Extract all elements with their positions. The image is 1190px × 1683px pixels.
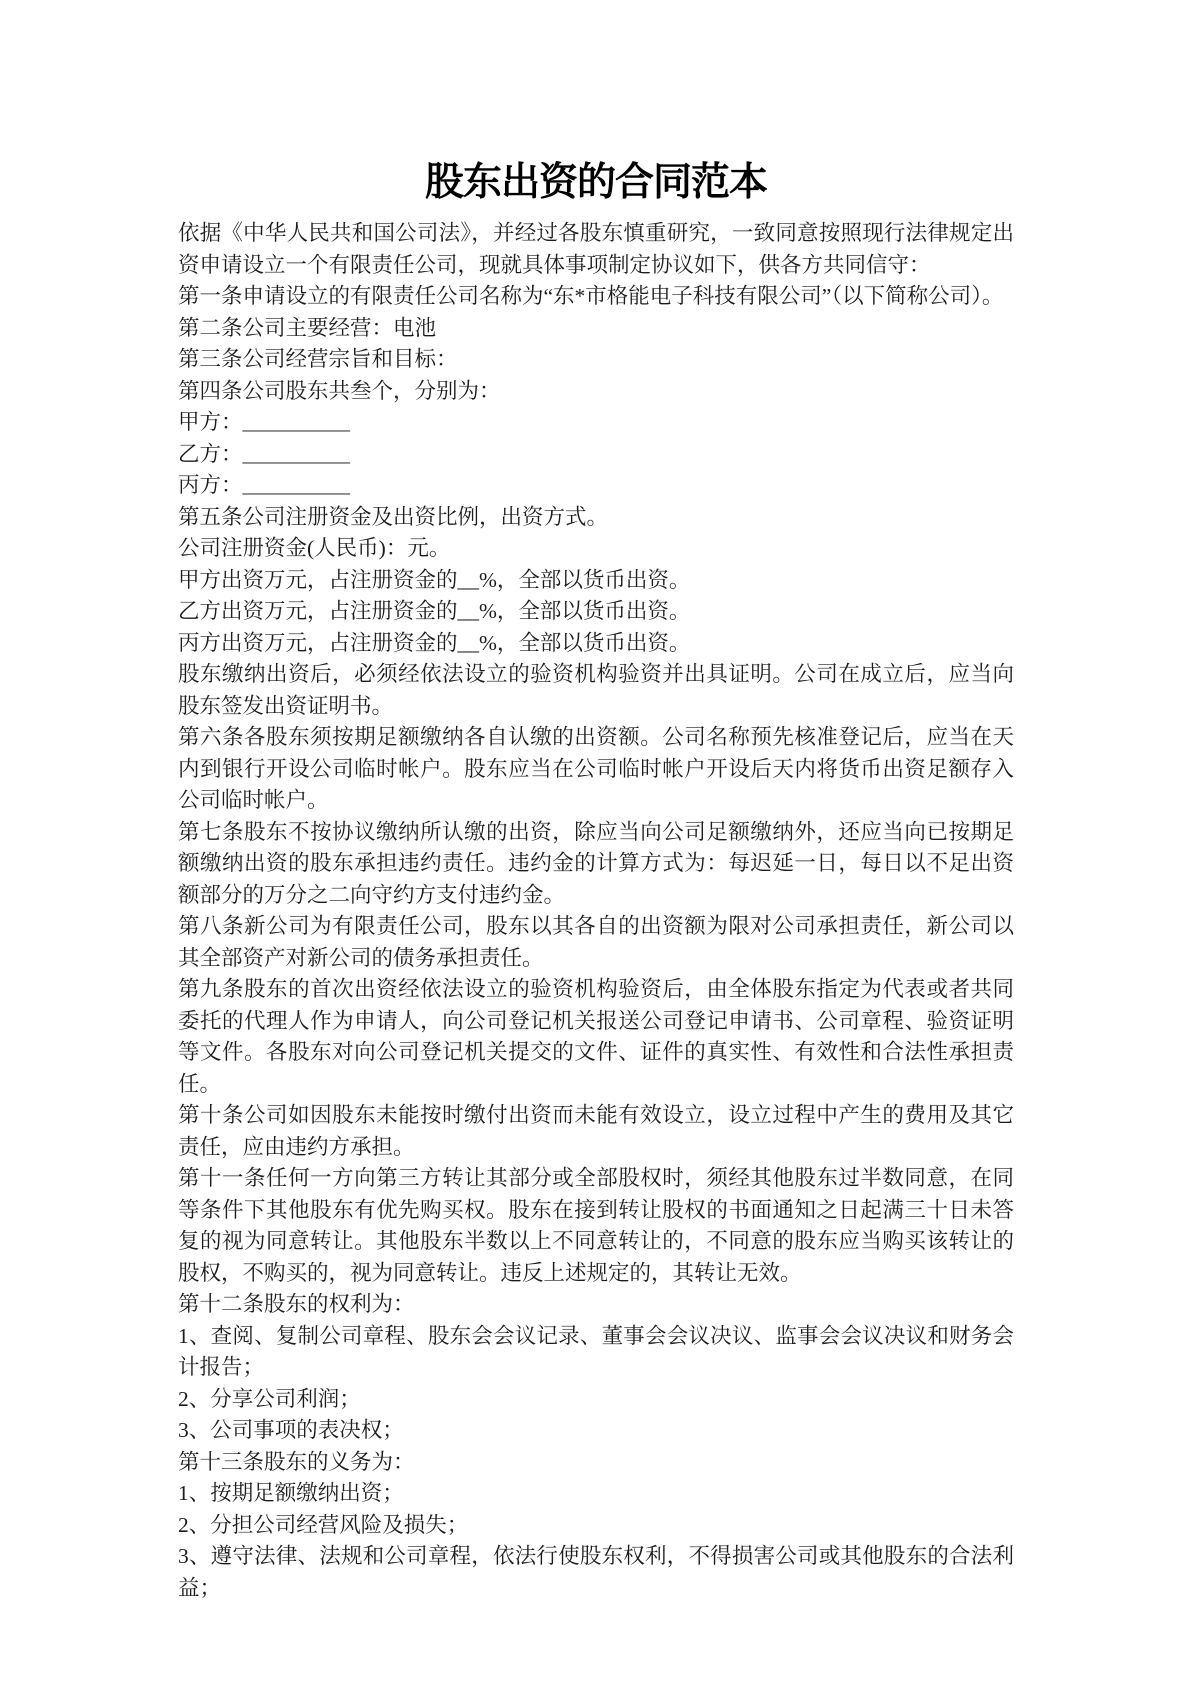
paragraph-text: 第二条公司主要经营：电池 <box>178 316 436 340</box>
paragraph: 丙方出资万元，占注册资金的__%，全部以货币出资。 <box>178 628 1014 660</box>
paragraph: 第十二条股东的权利为： <box>178 1289 1014 1321</box>
paragraph-text: 依据《中华人民共和国公司法》，并经过各股东慎重研究，一致同意按照现行法律规定出资… <box>178 221 1014 277</box>
blank-field-label: 甲方： <box>178 410 243 434</box>
paragraph-text: 第七条股东不按协议缴纳所认缴的出资，除应当向公司足额缴纳外，还应当向已按期足额缴… <box>178 820 1014 907</box>
paragraph-text: 股东缴纳出资后，必须经依法设立的验资机构验资并出具证明。公司在成立后，应当向股东… <box>178 662 1014 718</box>
paragraph-text: 第十三条股东的义务为： <box>178 1450 415 1474</box>
document-title: 股东出资的合同范本 <box>178 158 1014 207</box>
blank-field-row: 丙方：__________ <box>178 470 1014 502</box>
paragraph-text: 甲方出资万元，占注册资金的__%，全部以货币出资。 <box>178 568 690 592</box>
paragraph-text: 第五条公司注册资金及出资比例，出资方式。 <box>178 505 608 529</box>
paragraph: 第七条股东不按协议缴纳所认缴的出资，除应当向公司足额缴纳外，还应当向已按期足额缴… <box>178 817 1014 912</box>
blank-underline: __________ <box>243 410 351 434</box>
paragraph-text: 第八条新公司为有限责任公司，股东以其各自的出资额为限对公司承担责任，新公司以其全… <box>178 914 1014 970</box>
paragraph-text: 公司注册资金(人民币)：元。 <box>178 536 450 560</box>
paragraph: 第一条申请设立的有限责任公司名称为“东*市格能电子科技有限公司”（以下简称公司）… <box>178 281 1014 313</box>
document-page: 股东出资的合同范本 依据《中华人民共和国公司法》，并经过各股东慎重研究，一致同意… <box>0 0 1190 1683</box>
paragraph: 第九条股东的首次出资经依法设立的验资机构验资后，由全体股东指定为代表或者共同委托… <box>178 974 1014 1100</box>
paragraph: 第八条新公司为有限责任公司，股东以其各自的出资额为限对公司承担责任，新公司以其全… <box>178 911 1014 974</box>
paragraph: 公司注册资金(人民币)：元。 <box>178 533 1014 565</box>
paragraph: 甲方出资万元，占注册资金的__%，全部以货币出资。 <box>178 565 1014 597</box>
paragraph: 股东缴纳出资后，必须经依法设立的验资机构验资并出具证明。公司在成立后，应当向股东… <box>178 659 1014 722</box>
paragraph: 依据《中华人民共和国公司法》，并经过各股东慎重研究，一致同意按照现行法律规定出资… <box>178 218 1014 281</box>
paragraph-text: 第十二条股东的权利为： <box>178 1292 415 1316</box>
paragraph-text: 3、遵守法律、法规和公司章程，依法行使股东权利，不得损害公司或其他股东的合法利益… <box>178 1544 1014 1600</box>
paragraph: 1、按期足额缴纳出资； <box>178 1478 1014 1510</box>
paragraph-text: 第一条申请设立的有限责任公司名称为“东*市格能电子科技有限公司”（以下简称公司）… <box>178 284 1003 308</box>
paragraph-text: 第十条公司如因股东未能按时缴付出资而未能有效设立，设立过程中产生的费用及其它责任… <box>178 1103 1014 1159</box>
paragraph: 3、公司事项的表决权； <box>178 1415 1014 1447</box>
blank-field-row: 甲方：__________ <box>178 407 1014 439</box>
paragraph-text: 乙方出资万元，占注册资金的__%，全部以货币出资。 <box>178 599 690 623</box>
paragraph-text: 1、按期足额缴纳出资； <box>178 1481 404 1505</box>
blank-field-label: 丙方： <box>178 473 243 497</box>
paragraph-text: 2、分享公司利润； <box>178 1387 361 1411</box>
blank-field-row: 乙方：__________ <box>178 439 1014 471</box>
paragraph: 2、分担公司经营风险及损失； <box>178 1510 1014 1542</box>
paragraph: 2、分享公司利润； <box>178 1384 1014 1416</box>
document-body: 依据《中华人民共和国公司法》，并经过各股东慎重研究，一致同意按照现行法律规定出资… <box>178 218 1014 1604</box>
paragraph-text: 2、分担公司经营风险及损失； <box>178 1513 468 1537</box>
paragraph-text: 第六条各股东须按期足额缴纳各自认缴的出资额。公司名称预先核准登记后，应当在天内到… <box>178 725 1014 812</box>
paragraph-text: 3、公司事项的表决权； <box>178 1418 404 1442</box>
paragraph: 第三条公司经营宗旨和目标： <box>178 344 1014 376</box>
blank-underline: __________ <box>243 442 351 466</box>
paragraph: 第十三条股东的义务为： <box>178 1447 1014 1479</box>
paragraph-text: 1、查阅、复制公司章程、股东会会议记录、董事会会议决议、监事会会议决议和财务会计… <box>178 1324 1014 1380</box>
blank-field-label: 乙方： <box>178 442 243 466</box>
blank-underline: __________ <box>243 473 351 497</box>
paragraph: 第四条公司股东共叁个，分别为： <box>178 376 1014 408</box>
paragraph: 乙方出资万元，占注册资金的__%，全部以货币出资。 <box>178 596 1014 628</box>
paragraph: 第六条各股东须按期足额缴纳各自认缴的出资额。公司名称预先核准登记后，应当在天内到… <box>178 722 1014 817</box>
paragraph-text: 第四条公司股东共叁个，分别为： <box>178 379 501 403</box>
paragraph-text: 丙方出资万元，占注册资金的__%，全部以货币出资。 <box>178 631 690 655</box>
paragraph-text: 第十一条任何一方向第三方转让其部分或全部股权时，须经其他股东过半数同意，在同等条… <box>178 1166 1014 1285</box>
paragraph: 第十条公司如因股东未能按时缴付出资而未能有效设立，设立过程中产生的费用及其它责任… <box>178 1100 1014 1163</box>
paragraph-text: 第九条股东的首次出资经依法设立的验资机构验资后，由全体股东指定为代表或者共同委托… <box>178 977 1014 1096</box>
paragraph: 1、查阅、复制公司章程、股东会会议记录、董事会会议决议、监事会会议决议和财务会计… <box>178 1321 1014 1384</box>
paragraph: 第五条公司注册资金及出资比例，出资方式。 <box>178 502 1014 534</box>
paragraph: 第二条公司主要经营：电池 <box>178 313 1014 345</box>
paragraph: 3、遵守法律、法规和公司章程，依法行使股东权利，不得损害公司或其他股东的合法利益… <box>178 1541 1014 1604</box>
paragraph-text: 第三条公司经营宗旨和目标： <box>178 347 458 371</box>
paragraph: 第十一条任何一方向第三方转让其部分或全部股权时，须经其他股东过半数同意，在同等条… <box>178 1163 1014 1289</box>
